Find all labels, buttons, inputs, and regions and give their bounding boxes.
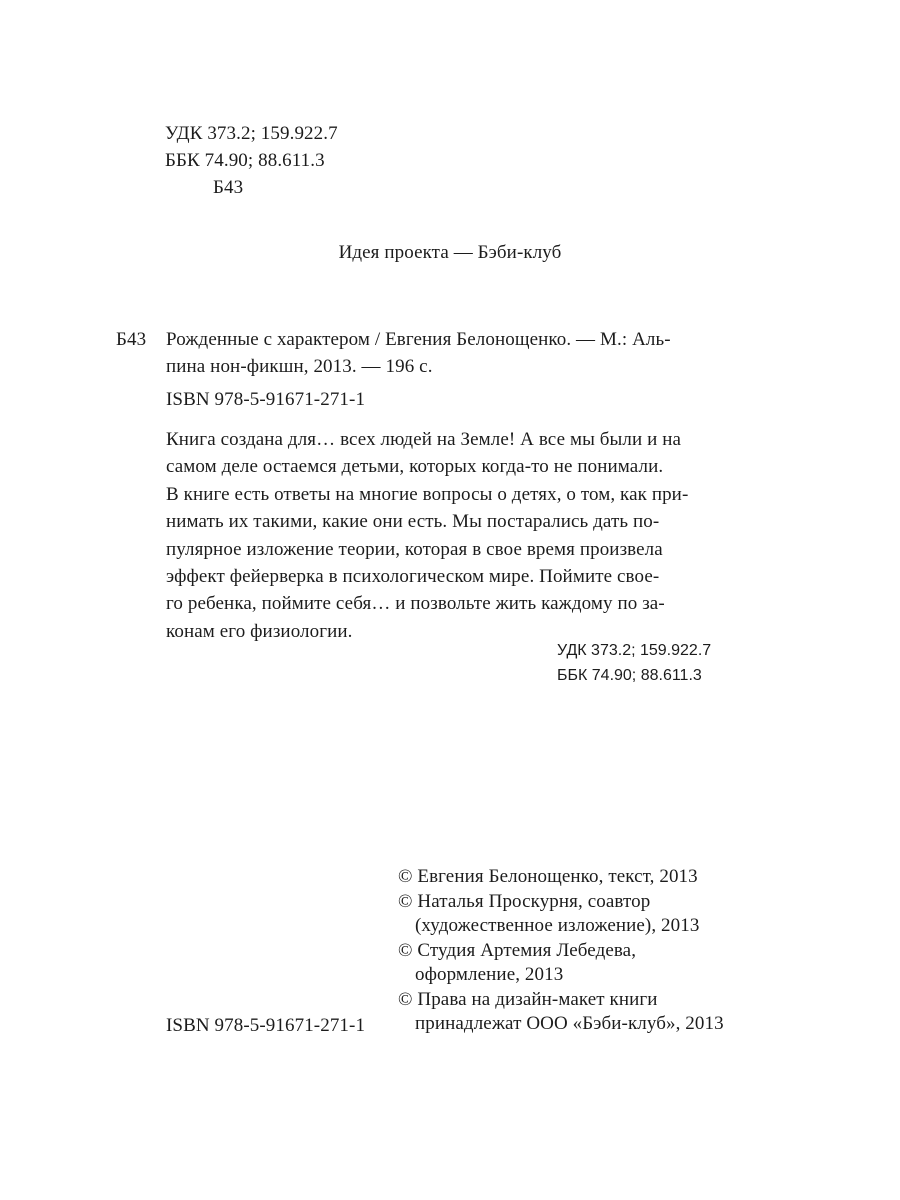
annotation-line: нимать их такими, какие они есть. Мы пос… xyxy=(166,508,726,535)
catalog-line: Рожденные с характером / Евгения Белонощ… xyxy=(166,326,671,353)
annotation-line: Книга создана для… всех людей на Земле! … xyxy=(166,426,726,453)
top-index-block: УДК 373.2; 159.922.7 ББК 74.90; 88.611.3… xyxy=(165,120,338,201)
copyright-line: © Евгения Белонощенко, текст, 2013 xyxy=(398,865,724,890)
copyright-line: оформление, 2013 xyxy=(398,963,724,988)
copyright-line: принадлежат ООО «Бэби-клуб», 2013 xyxy=(398,1012,724,1037)
annotation-line: эффект фейерверка в психологическом мире… xyxy=(166,563,726,590)
bottom-isbn: ISBN 978-5-91671-271-1 xyxy=(166,1015,365,1037)
catalog-isbn: ISBN 978-5-91671-271-1 xyxy=(166,389,365,411)
udk-code: УДК 373.2; 159.922.7 xyxy=(165,120,338,147)
annotation-line: самом деле остаемся детьми, которых когд… xyxy=(166,453,726,480)
annotation-line: В книге есть ответы на многие вопросы о … xyxy=(166,481,726,508)
udk-code: УДК 373.2; 159.922.7 xyxy=(557,638,711,663)
annotation-line: го ребенка, поймите себя… и позвольте жи… xyxy=(166,590,726,617)
copyright-block: © Евгения Белонощенко, текст, 2013 © Нат… xyxy=(398,865,724,1037)
copyright-line: © Права на дизайн-макет книги xyxy=(398,988,724,1013)
author-mark: Б43 xyxy=(165,174,338,201)
project-idea: Идея проекта — Бэби-клуб xyxy=(0,242,900,264)
catalog-author-mark: Б43 xyxy=(116,326,146,353)
copyright-line: © Студия Артемия Лебедева, xyxy=(398,939,724,964)
catalog-entry: Рожденные с характером / Евгения Белонощ… xyxy=(166,326,671,380)
annotation-paragraph: Книга создана для… всех людей на Земле! … xyxy=(166,426,726,645)
bottom-index-block: УДК 373.2; 159.922.7 ББК 74.90; 88.611.3 xyxy=(557,638,711,688)
catalog-line: пина нон-фикшн, 2013. — 196 с. xyxy=(166,353,671,380)
copyright-line: © Наталья Проскурня, соавтор xyxy=(398,890,724,915)
bbk-code: ББК 74.90; 88.611.3 xyxy=(557,663,711,688)
bbk-code: ББК 74.90; 88.611.3 xyxy=(165,147,338,174)
annotation-line: пулярное изложение теории, которая в сво… xyxy=(166,536,726,563)
copyright-line: (художественное изложение), 2013 xyxy=(398,914,724,939)
